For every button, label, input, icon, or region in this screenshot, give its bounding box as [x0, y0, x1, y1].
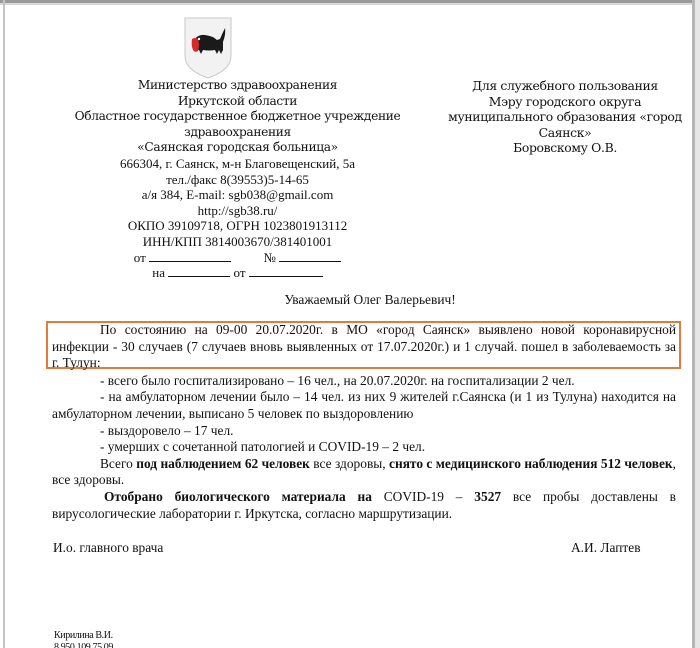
executor-block: Кирилина В.И. 8 950 109 75 09 [54, 630, 113, 648]
outgoing-ref-line: от № [55, 250, 420, 266]
greeting: Уважаемый Олег Валерьевич! [0, 292, 700, 308]
number-blank [279, 251, 341, 262]
recipient-line: Для служебного пользования [440, 78, 690, 94]
date-blank [149, 251, 231, 262]
observation-mid: все здоровы, [310, 456, 389, 471]
bullet-outpatient: - на амбулаторном лечении было – 14 чел.… [52, 389, 676, 422]
org-address: 666304, г. Саянск, м-н Благовещенский, 5… [55, 156, 420, 172]
org-line: Иркутской области [55, 94, 420, 110]
org-website: http://sgb38.ru/ [55, 203, 420, 219]
samples-label: Отобрано биологического материала на [104, 489, 372, 504]
samples-paragraph: Отобрано биологического материала на COV… [52, 489, 676, 522]
org-phone: тел./факс 8(39553)5-14-65 [55, 172, 420, 188]
observation-prefix: Всего [100, 456, 136, 471]
from-label: от [134, 250, 146, 265]
ref-date-blank [249, 266, 323, 277]
executor-phone: 8 950 109 75 09 [54, 642, 113, 648]
recipient-line: Боровскому О.В. [440, 140, 690, 156]
letter-body: По состоянию на 09-00 20.07.2020г. в МО … [52, 322, 676, 522]
recipient-block: Для служебного пользования Мэру городско… [440, 78, 690, 156]
bullet-hospitalized: - всего было госпитализировано – 16 чел.… [52, 373, 676, 390]
executor-name: Кирилина В.И. [54, 630, 113, 642]
observation-under-watch: под наблюдением 62 человек [136, 456, 310, 471]
org-okpo-ogrn: ОКПО 39109718, ОГРН 1023801913112 [55, 218, 420, 234]
signatory-position: И.о. главного врача [53, 540, 163, 556]
org-line: Областное государственное бюджетное учре… [55, 109, 420, 125]
to-label: на [152, 265, 165, 280]
org-line: Министерство здравоохранения [55, 78, 420, 94]
signatory-name: А.И. Лаптев [571, 540, 641, 556]
samples-mid: COVID-19 – [372, 489, 474, 504]
org-line: «Саянская городская больница» [55, 140, 420, 156]
org-email: а/я 384, E-mail: sgb038@gmail.com [55, 187, 420, 203]
page-frame-top-shadow [0, 3, 700, 5]
incoming-ref-line: на от [55, 265, 420, 281]
recipient-line: Мэру городского округа [440, 94, 690, 110]
page-frame-left [3, 0, 5, 648]
org-line: здравоохранения [55, 125, 420, 141]
observation-paragraph: Всего под наблюдением 62 человек все здо… [52, 456, 676, 489]
page-frame-right-shadow [695, 0, 700, 648]
observation-released: снято с медицинского наблюдения 512 чело… [389, 456, 673, 471]
from-label-2: от [233, 265, 245, 280]
bullet-deceased: - умерших с сочетанной патологией и COVI… [52, 439, 676, 456]
org-inn-kpp: ИНН/КПП 3814003670/381401001 [55, 234, 420, 250]
recipient-line: Саянск» [440, 125, 690, 141]
coat-of-arms-irkutsk-icon [183, 16, 233, 80]
number-label: № [264, 250, 276, 265]
samples-count: 3527 [474, 489, 501, 504]
sender-organization-block: Министерство здравоохранения Иркутской о… [55, 78, 420, 281]
ref-blank [168, 266, 230, 277]
recipient-line: муниципального образования «город [440, 109, 690, 125]
bullet-recovered: - выздоровело – 17 чел. [52, 423, 676, 440]
highlighted-paragraph: По состоянию на 09-00 20.07.2020г. в МО … [52, 322, 676, 372]
